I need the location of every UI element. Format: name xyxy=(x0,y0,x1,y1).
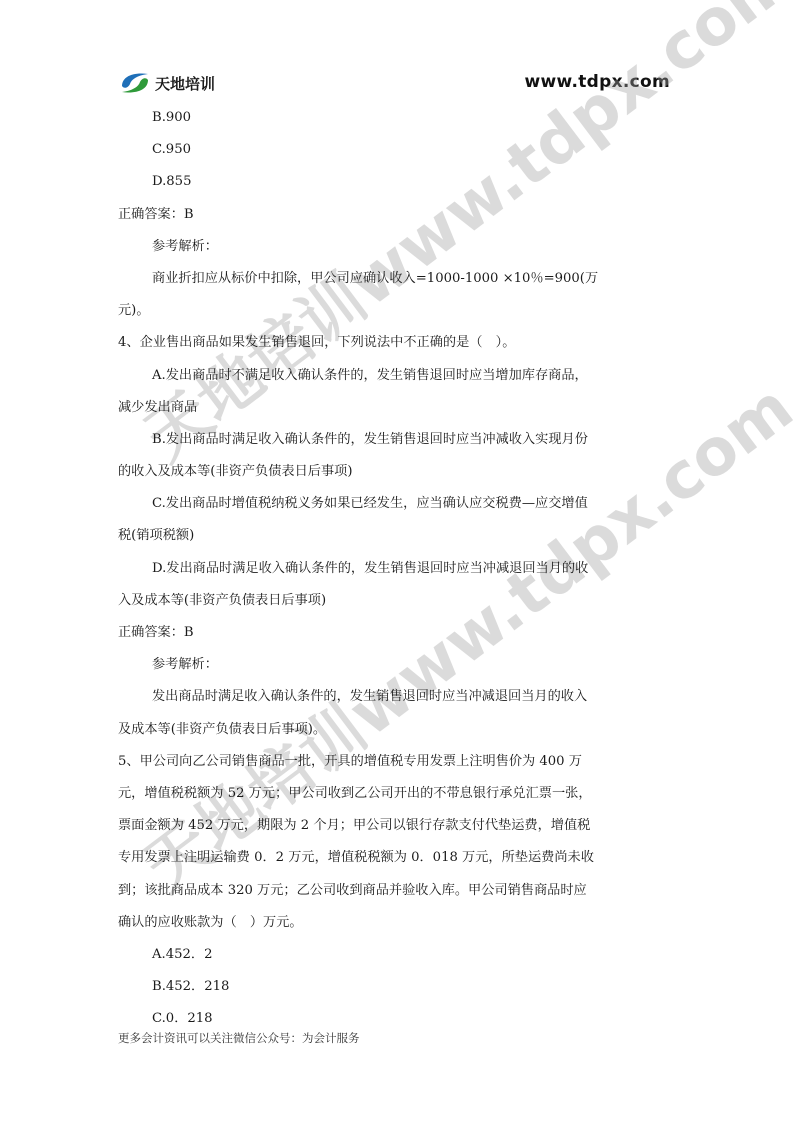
option-line: 税(销项税额) xyxy=(118,520,670,552)
option-line: A.发出商品时不满足收入确认条件的，发生销售退回时应当增加库存商品， xyxy=(118,360,670,392)
question-text: 4、企业售出商品如果发生销售退回，下列说法中不正确的是（ ）。 xyxy=(118,327,670,359)
analysis-text: 元)。 xyxy=(118,295,670,327)
question-text: 确认的应收账款为（ ）万元。 xyxy=(118,907,670,939)
option-line: D.855 xyxy=(118,166,670,198)
correct-answer: 正确答案：B xyxy=(118,617,670,649)
question-text: 专用发票上注明运输费 0．2 万元，增值税税额为 0．018 万元，所垫运费尚未… xyxy=(118,842,670,874)
page-header: 天地培训 www.tdpx.com xyxy=(118,66,670,102)
page-footer: 更多会计资讯可以关注微信公众号：为会计服务 xyxy=(118,1030,360,1046)
option-line: 的收入及成本等(非资产负债表日后事项) xyxy=(118,456,670,488)
question-text: 到；该批商品成本 320 万元；乙公司收到商品并验收入库。甲公司销售商品时应 xyxy=(118,875,670,907)
question-text: 票面金额为 452 万元，期限为 2 个月；甲公司以银行存款支付代垫运费，增值税 xyxy=(118,810,670,842)
brand-name: 天地培训 xyxy=(155,73,215,94)
option-line: C.950 xyxy=(118,134,670,166)
question-text: 5、甲公司向乙公司销售商品一批，开具的增值税专用发票上注明售价为 400 万 xyxy=(118,746,670,778)
option-line: C.发出商品时增值税纳税义务如果已经发生，应当确认应交税费—应交增值 xyxy=(118,488,670,520)
option-line: A.452．2 xyxy=(118,939,670,971)
analysis-heading: 参考解析： xyxy=(118,231,670,263)
analysis-heading: 参考解析： xyxy=(118,649,670,681)
option-line: B.900 xyxy=(118,102,670,134)
correct-answer: 正确答案：B xyxy=(118,199,670,231)
analysis-text: 发出商品时满足收入确认条件的，发生销售退回时应当冲减退回当月的收入 xyxy=(118,681,670,713)
analysis-text: 商业折扣应从标价中扣除，甲公司应确认收入=1000-1000 ×10％=900(… xyxy=(118,263,670,295)
option-line: 减少发出商品 xyxy=(118,392,670,424)
swirl-logo-icon xyxy=(118,70,152,96)
option-line: B.452．218 xyxy=(118,971,670,1003)
document-body: B.900 C.950 D.855 正确答案：B 参考解析： 商业折扣应从标价中… xyxy=(118,102,670,1035)
site-url: www.tdpx.com xyxy=(525,72,670,92)
analysis-text: 及成本等(非资产负债表日后事项)。 xyxy=(118,714,670,746)
question-text: 元，增值税税额为 52 万元；甲公司收到乙公司开出的不带息银行承兑汇票一张， xyxy=(118,778,670,810)
brand-logo: 天地培训 xyxy=(118,70,215,96)
option-line: 入及成本等(非资产负债表日后事项) xyxy=(118,585,670,617)
option-line: B.发出商品时满足收入确认条件的，发生销售退回时应当冲减收入实现月份 xyxy=(118,424,670,456)
option-line: D.发出商品时满足收入确认条件的，发生销售退回时应当冲减退回当月的收 xyxy=(118,553,670,585)
